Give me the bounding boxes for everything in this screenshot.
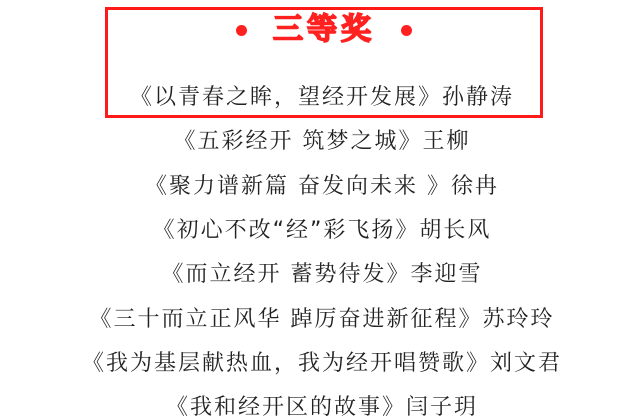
winner-entry: 《以青春之眸，望经开发展》孙静涛 — [0, 85, 639, 111]
award-title-row: 三等奖 — [108, 14, 540, 46]
winner-entry: 《而立经开 蓄势待发》李迎雪 — [0, 262, 639, 288]
winner-entry: 《三十而立正风华 踔厉奋进新征程》苏玲玲 — [0, 307, 639, 333]
winner-entry: 《我为基层献热血，我为经开唱赞歌》刘文君 — [0, 351, 639, 377]
winner-entry: 《我和经开区的故事》闫子玥 — [0, 395, 639, 420]
winner-entry: 《初心不改“经”彩飞扬》胡长风 — [0, 218, 639, 244]
winner-entry: 《聚力谱新篇 奋发向未来 》徐冉 — [0, 174, 639, 200]
right-dot-icon — [401, 25, 412, 36]
award-title: 三等奖 — [273, 14, 375, 46]
left-dot-icon — [236, 25, 247, 36]
winner-entry: 《五彩经开 筑梦之城》王柳 — [0, 129, 639, 155]
